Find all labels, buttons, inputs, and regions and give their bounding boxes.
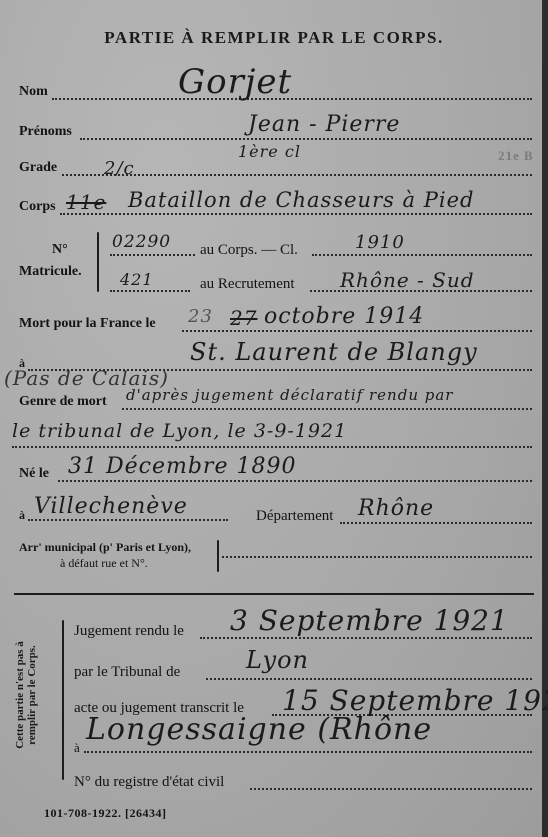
form-title: PARTIE À REMPLIR PAR LE CORPS. — [0, 28, 548, 48]
label-au-corps: au Corps. — Cl. — [200, 242, 298, 259]
label-a-defaut: à défaut rue et N°. — [60, 556, 148, 571]
matricule-recrutement-line — [110, 290, 190, 292]
naissance-date-line — [58, 480, 532, 482]
prenoms-line — [80, 138, 532, 140]
value-naissance-lieu: Villechenève — [34, 494, 188, 519]
naissance-lieu-line — [28, 519, 228, 521]
arr-brace — [217, 540, 219, 572]
value-corps-struck: 11e — [66, 190, 106, 214]
death-record-card: PARTIE À REMPLIR PAR LE CORPS. Nom Gorje… — [0, 0, 548, 837]
tribunal-line — [206, 678, 532, 680]
label-no: N° — [52, 242, 68, 258]
side-note: Cette partie n'est pas à remplir par le … — [14, 630, 38, 760]
label-genre-de-mort: Genre de mort — [19, 394, 107, 410]
section-divider — [14, 593, 534, 595]
value-genre-mort-1: d'après jugement déclaratif rendu par — [126, 386, 453, 404]
value-matricule-corps: 02290 — [112, 232, 171, 252]
value-genre-mort-2: le tribunal de Lyon, le 3-9-1921 — [12, 420, 347, 442]
value-naissance-date: 31 Décembre 1890 — [68, 454, 296, 479]
label-prenoms: Prénoms — [19, 124, 72, 140]
matricule-brace — [97, 232, 99, 292]
genre-mort-line-1 — [122, 408, 532, 410]
matricule-corps-line — [110, 254, 195, 256]
stamp-mark: 21e B — [498, 148, 534, 164]
departement-line — [340, 522, 532, 524]
value-lieu-mort: St. Laurent de Blangy — [190, 338, 478, 366]
label-jugement-rendu: Jugement rendu le — [74, 623, 184, 640]
label-arr-municipal: Arr' municipal (p' Paris et Lyon), — [19, 540, 191, 555]
label-ne-le: Né le — [19, 466, 49, 482]
value-prenoms: Jean - Pierre — [248, 112, 400, 137]
label-departement: Département — [256, 508, 333, 525]
value-date-mort-faint: 23 — [188, 306, 213, 327]
label-nom: Nom — [19, 84, 48, 100]
classe-line — [312, 254, 532, 256]
value-corps: Bataillon de Chasseurs à Pied — [128, 188, 474, 212]
value-recrutement: Rhône - Sud — [340, 268, 475, 292]
mort-date-line — [182, 330, 532, 332]
value-transcription-lieu: Longessaigne (Rhône — [86, 712, 432, 747]
value-nom: Gorjet — [178, 62, 292, 102]
value-jugement-date: 3 Septembre 1921 — [230, 604, 509, 637]
print-reference: 101-708-1922. [26434] — [44, 806, 166, 821]
label-corps: Corps — [19, 199, 56, 215]
label-a-naissance: à — [19, 508, 25, 523]
registre-line — [250, 788, 532, 790]
value-tribunal: Lyon — [246, 646, 309, 674]
label-tribunal: par le Tribunal de — [74, 664, 180, 681]
side-note-brace — [62, 620, 64, 780]
label-grade: Grade — [19, 160, 57, 176]
jugement-date-line — [200, 637, 532, 639]
value-classe: 1910 — [355, 232, 405, 253]
label-no-registre: N° du registre d'état civil — [74, 774, 224, 791]
transcription-lieu-line — [84, 751, 532, 753]
value-matricule-recrutement: 421 — [120, 270, 154, 289]
genre-mort-line-2 — [12, 446, 532, 448]
label-a-transcription: à — [74, 740, 80, 756]
value-date-mort-struck: 27 — [230, 306, 257, 330]
value-naissance-departement: Rhône — [358, 496, 434, 521]
arr-municipal-line — [222, 556, 532, 558]
value-grade: 2/c — [104, 158, 135, 179]
label-mort-pour-la-france: Mort pour la France le — [19, 316, 156, 332]
corps-line — [60, 213, 532, 215]
value-grade-above: 1ère cl — [238, 142, 301, 161]
value-date-mort: octobre 1914 — [264, 304, 424, 329]
label-matricule: Matricule. — [19, 264, 82, 280]
label-au-recrutement: au Recrutement — [200, 276, 295, 293]
